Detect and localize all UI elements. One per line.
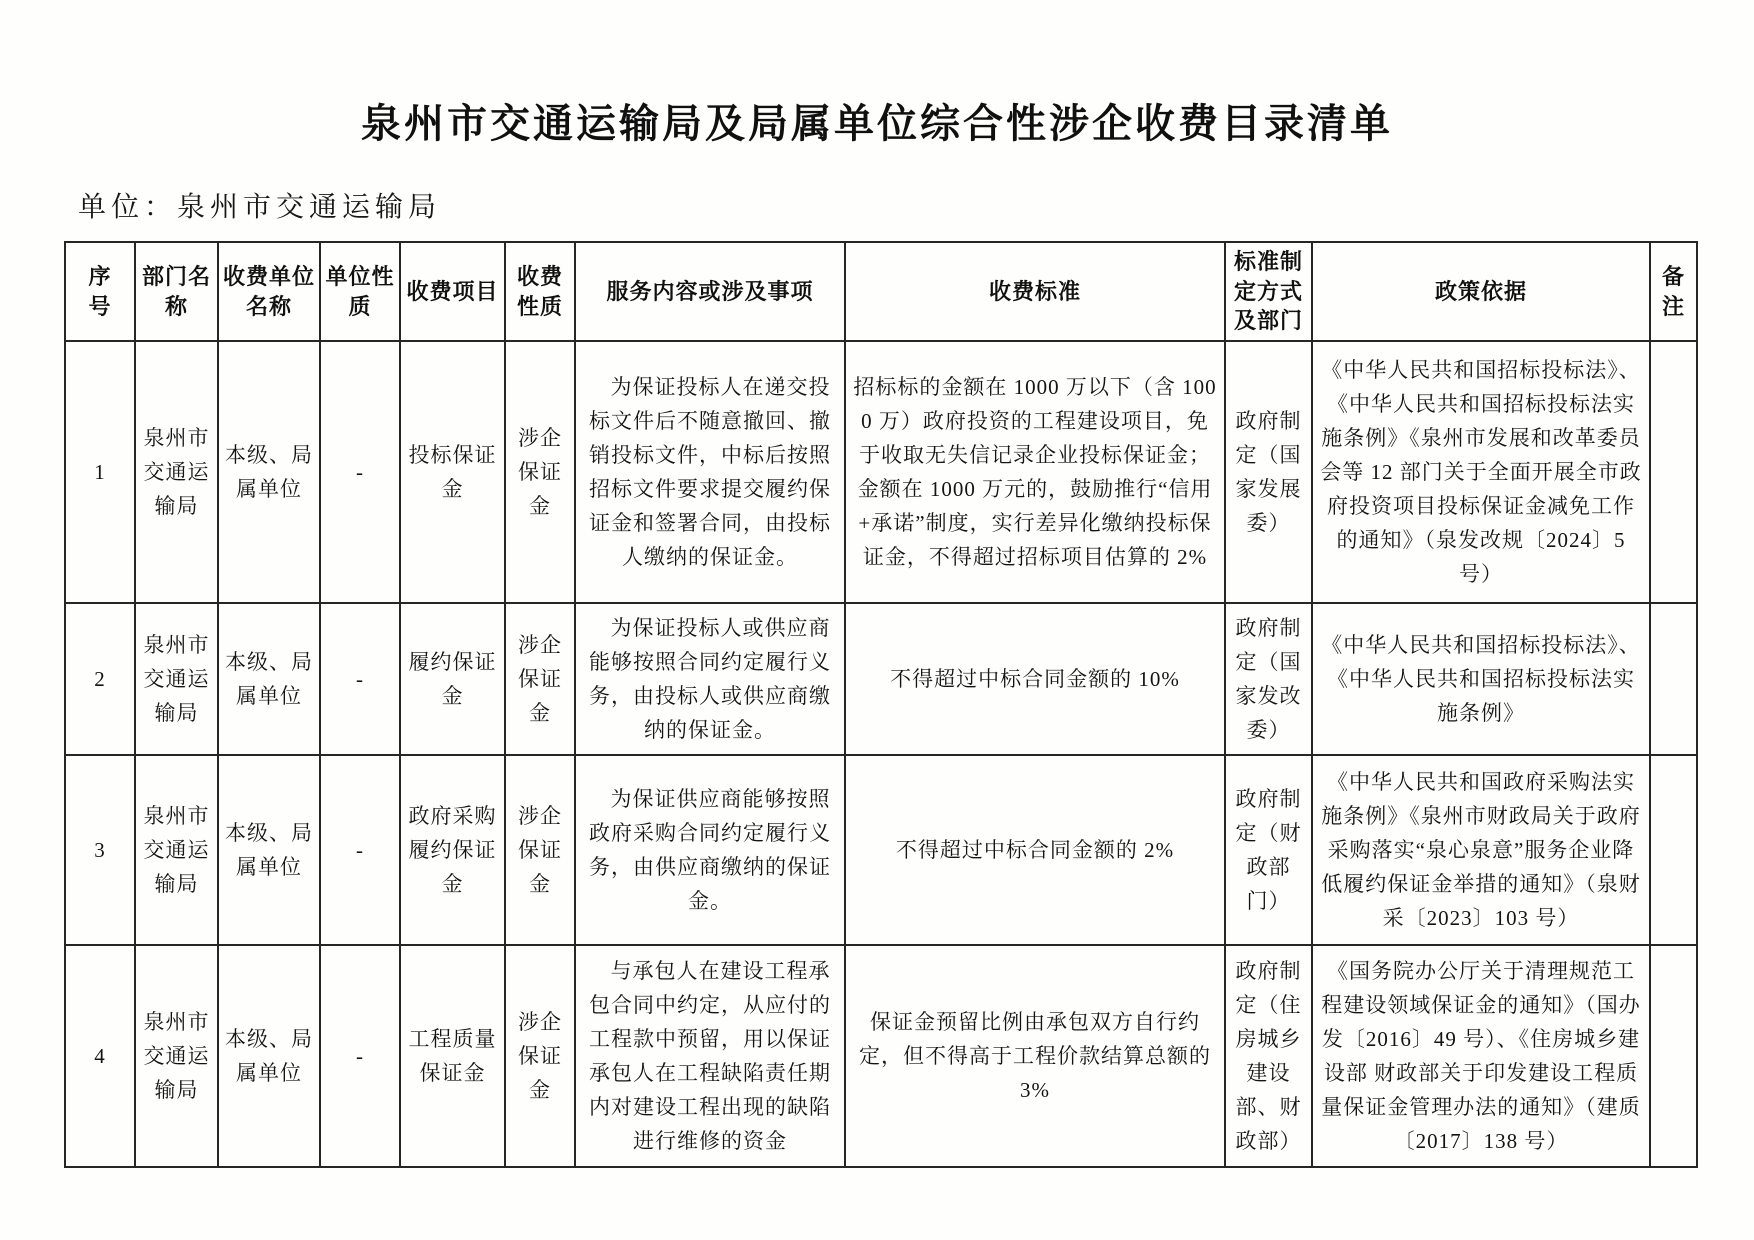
cell-remark xyxy=(1650,755,1697,945)
col-header-unit: 收费单位名称 xyxy=(218,242,320,341)
cell-unit: 本级、局属单位 xyxy=(218,341,320,603)
cell-policy: 《中华人民共和国政府采购法实施条例》《泉州市财政局关于政府采购落实“泉心泉意”服… xyxy=(1312,755,1650,945)
cell-remark xyxy=(1650,341,1697,603)
col-header-policy: 政策依据 xyxy=(1312,242,1650,341)
fee-catalog-table: 序号 部门名称 收费单位名称 单位性质 收费项目 收费性质 服务内容或涉及事项 … xyxy=(64,241,1698,1168)
cell-no: 3 xyxy=(65,755,135,945)
cell-nature: - xyxy=(320,603,400,755)
cell-fee: 涉企保证金 xyxy=(505,603,575,755)
cell-service: 为保证投标人或供应商能够按照合同约定履行义务，由投标人或供应商缴纳的保证金。 xyxy=(575,603,845,755)
cell-unit: 本级、局属单位 xyxy=(218,755,320,945)
cell-policy: 《国务院办公厅关于清理规范工程建设领域保证金的通知》（国办发〔2016〕49 号… xyxy=(1312,945,1650,1167)
table-row: 3 泉州市交通运输局 本级、局属单位 - 政府采购履约保证金 涉企保证金 为保证… xyxy=(65,755,1697,945)
cell-standard: 保证金预留比例由承包双方自行约定，但不得高于工程价款结算总额的 3% xyxy=(845,945,1225,1167)
cell-fee: 涉企保证金 xyxy=(505,755,575,945)
cell-policy: 《中华人民共和国招标投标法》、《中华人民共和国招标投标法实施条例》《泉州市发展和… xyxy=(1312,341,1650,603)
table-row: 2 泉州市交通运输局 本级、局属单位 - 履约保证金 涉企保证金 为保证投标人或… xyxy=(65,603,1697,755)
cell-dept: 泉州市交通运输局 xyxy=(135,755,218,945)
cell-standard: 不得超过中标合同金额的 10% xyxy=(845,603,1225,755)
cell-item: 工程质量保证金 xyxy=(400,945,505,1167)
table-row: 4 泉州市交通运输局 本级、局属单位 - 工程质量保证金 涉企保证金 与承包人在… xyxy=(65,945,1697,1167)
cell-remark xyxy=(1650,945,1697,1167)
col-header-remark: 备注 xyxy=(1650,242,1697,341)
cell-remark xyxy=(1650,603,1697,755)
cell-policy: 《中华人民共和国招标投标法》、《中华人民共和国招标投标法实施条例》 xyxy=(1312,603,1650,755)
cell-method: 政府制定（财政部门） xyxy=(1225,755,1312,945)
unit-label: 单位：泉州市交通运输局 xyxy=(78,185,1754,225)
scanned-document-page: 泉州市交通运输局及局属单位综合性涉企收费目录清单 单位：泉州市交通运输局 序号 … xyxy=(0,0,1754,1240)
cell-method: 政府制定（国家发改委） xyxy=(1225,603,1312,755)
col-header-item: 收费项目 xyxy=(400,242,505,341)
cell-no: 1 xyxy=(65,341,135,603)
cell-dept: 泉州市交通运输局 xyxy=(135,945,218,1167)
cell-item: 履约保证金 xyxy=(400,603,505,755)
cell-service: 为保证供应商能够按照政府采购合同约定履行义务，由供应商缴纳的保证金。 xyxy=(575,755,845,945)
cell-unit: 本级、局属单位 xyxy=(218,945,320,1167)
cell-no: 4 xyxy=(65,945,135,1167)
cell-service: 为保证投标人在递交投标文件后不随意撤回、撤销投标文件，中标后按照招标文件要求提交… xyxy=(575,341,845,603)
col-header-nature: 单位性质 xyxy=(320,242,400,341)
cell-dept: 泉州市交通运输局 xyxy=(135,341,218,603)
cell-standard: 不得超过中标合同金额的 2% xyxy=(845,755,1225,945)
cell-method: 政府制定（国家发展委） xyxy=(1225,341,1312,603)
cell-dept: 泉州市交通运输局 xyxy=(135,603,218,755)
cell-nature: - xyxy=(320,341,400,603)
cell-unit: 本级、局属单位 xyxy=(218,603,320,755)
cell-fee: 涉企保证金 xyxy=(505,945,575,1167)
col-header-no: 序号 xyxy=(65,242,135,341)
col-header-method: 标准制定方式及部门 xyxy=(1225,242,1312,341)
col-header-service: 服务内容或涉及事项 xyxy=(575,242,845,341)
cell-item: 政府采购履约保证金 xyxy=(400,755,505,945)
cell-fee: 涉企保证金 xyxy=(505,341,575,603)
cell-item: 投标保证金 xyxy=(400,341,505,603)
cell-method: 政府制定（住房城乡建设部、财政部） xyxy=(1225,945,1312,1167)
header-row: 序号 部门名称 收费单位名称 单位性质 收费项目 收费性质 服务内容或涉及事项 … xyxy=(65,242,1697,341)
col-header-fee: 收费性质 xyxy=(505,242,575,341)
document-title: 泉州市交通运输局及局属单位综合性涉企收费目录清单 xyxy=(0,0,1754,149)
cell-service: 与承包人在建设工程承包合同中约定，从应付的工程款中预留，用以保证承包人在工程缺陷… xyxy=(575,945,845,1167)
cell-nature: - xyxy=(320,755,400,945)
col-header-standard: 收费标准 xyxy=(845,242,1225,341)
cell-nature: - xyxy=(320,945,400,1167)
col-header-dept: 部门名称 xyxy=(135,242,218,341)
table-row: 1 泉州市交通运输局 本级、局属单位 - 投标保证金 涉企保证金 为保证投标人在… xyxy=(65,341,1697,603)
cell-no: 2 xyxy=(65,603,135,755)
cell-standard: 招标标的金额在 1000 万以下（含 1000 万）政府投资的工程建设项目，免于… xyxy=(845,341,1225,603)
